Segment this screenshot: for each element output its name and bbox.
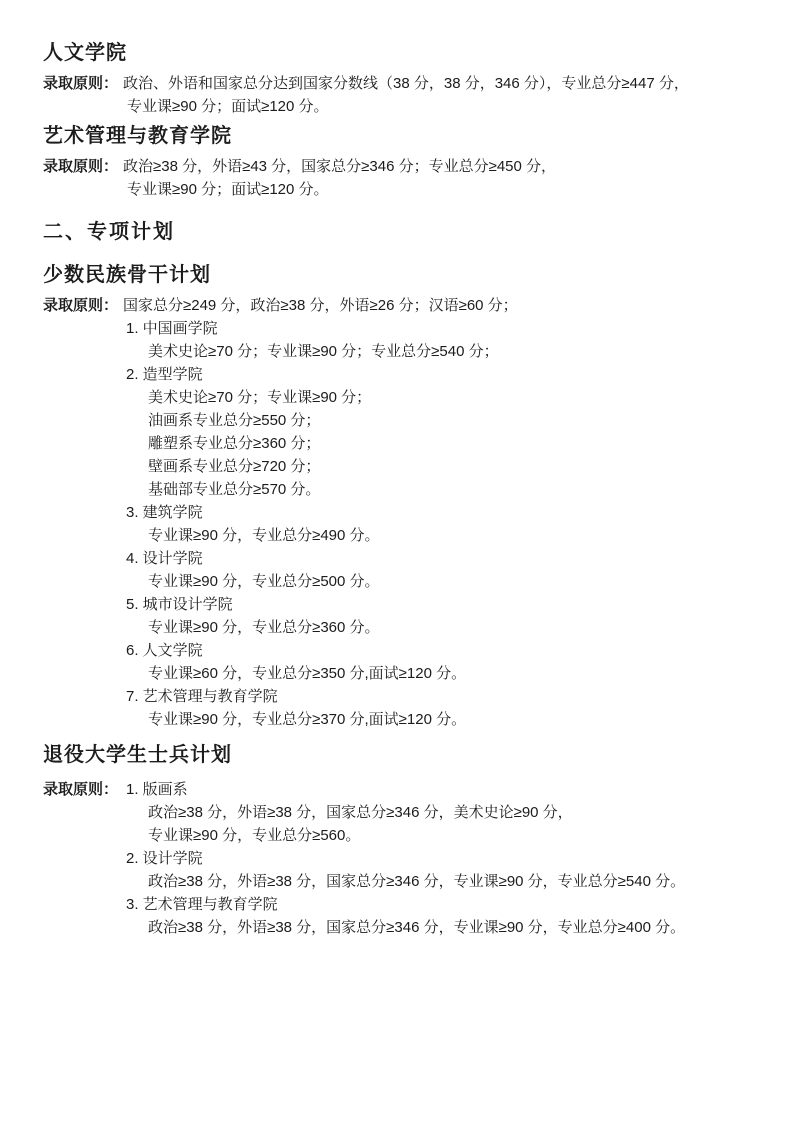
plan-item-detail: 美术史论≥70 分；专业课≥90 分； [123,386,755,409]
admission-rule-humanities: 录取原则： 政治、外语和国家总分达到国家分数线（38 分，38 分，346 分）… [43,72,755,118]
rule-body: 政治、外语和国家总分达到国家分数线（38 分，38 分，346 分），专业总分≥… [123,72,755,118]
plan-item-title: 2. 造型学院 [123,363,755,386]
plan-item-detail: 专业课≥90 分，专业总分≥500 分。 [123,570,755,593]
plan-item-detail: 专业课≥90 分，专业总分≥560。 [123,824,755,847]
plan-item-detail: 油画系专业总分≥550 分； [123,409,755,432]
rule-line: 政治≥38 分，外语≥43 分，国家总分≥346 分；专业总分≥450 分， [123,155,755,178]
rule-line: 专业课≥90 分；面试≥120 分。 [123,178,755,201]
plan-item-detail: 政治≥38 分，外语≥38 分，国家总分≥346 分，美术史论≥90 分， [123,801,755,824]
rule-line: 专业课≥90 分；面试≥120 分。 [123,95,755,118]
plan-item-detail: 雕塑系专业总分≥360 分； [123,432,755,455]
plan-item-detail: 政治≥38 分，外语≥38 分，国家总分≥346 分，专业课≥90 分，专业总分… [123,870,755,893]
rule-body: 政治≥38 分，外语≥43 分，国家总分≥346 分；专业总分≥450 分， 专… [123,155,755,201]
rule-label: 录取原则： [43,155,123,178]
plan-item-detail: 专业课≥60 分，专业总分≥350 分,面试≥120 分。 [123,662,755,685]
section-title-special-plans: 二、专项计划 [43,219,755,245]
document-page: 人文学院 录取原则： 政治、外语和国家总分达到国家分数线（38 分，38 分，3… [0,0,793,1122]
plan-item-detail: 专业课≥90 分，专业总分≥490 分。 [123,524,755,547]
plan-heading-minority: 少数民族骨干计划 [43,262,755,288]
plan-heading-veteran: 退役大学生士兵计划 [43,742,755,768]
plan-item-title: 6. 人文学院 [123,639,755,662]
plan-item-detail: 政治≥38 分，外语≥38 分，国家总分≥346 分，专业课≥90 分，专业总分… [123,916,755,939]
plan-item-title: 2. 设计学院 [123,847,755,870]
rule-line: 政治、外语和国家总分达到国家分数线（38 分，38 分，346 分），专业总分≥… [123,72,755,95]
plan-item-detail: 壁画系专业总分≥720 分； [123,455,755,478]
admission-rule-art-management: 录取原则： 政治≥38 分，外语≥43 分，国家总分≥346 分；专业总分≥45… [43,155,755,201]
plan-item-title: 3. 艺术管理与教育学院 [123,893,755,916]
plan-item-title: 7. 艺术管理与教育学院 [123,685,755,708]
rule-intro-line: 国家总分≥249 分，政治≥38 分，外语≥26 分；汉语≥60 分； [123,294,755,317]
plan-item-detail: 专业课≥90 分，专业总分≥360 分。 [123,616,755,639]
admission-rule-veteran: 录取原则： 1. 版画系 政治≥38 分，外语≥38 分，国家总分≥346 分，… [43,778,755,939]
college-heading-humanities: 人文学院 [43,40,755,66]
plan-item-title: 5. 城市设计学院 [123,593,755,616]
college-heading-art-management: 艺术管理与教育学院 [43,123,755,149]
rule-label: 录取原则： [43,778,123,801]
plan-item-detail: 专业课≥90 分，专业总分≥370 分,面试≥120 分。 [123,708,755,731]
plan-item-title: 4. 设计学院 [123,547,755,570]
rule-body: 1. 版画系 政治≥38 分，外语≥38 分，国家总分≥346 分，美术史论≥9… [123,778,755,939]
rule-body: 国家总分≥249 分，政治≥38 分，外语≥26 分；汉语≥60 分； 1. 中… [123,294,755,731]
admission-rule-minority: 录取原则： 国家总分≥249 分，政治≥38 分，外语≥26 分；汉语≥60 分… [43,294,755,731]
plan-item-detail: 美术史论≥70 分；专业课≥90 分；专业总分≥540 分； [123,340,755,363]
plan-item-title: 3. 建筑学院 [123,501,755,524]
plan-item-title: 1. 版画系 [123,778,755,801]
plan-item-title: 1. 中国画学院 [123,317,755,340]
rule-label: 录取原则： [43,294,123,317]
plan-item-detail: 基础部专业总分≥570 分。 [123,478,755,501]
rule-label: 录取原则： [43,72,123,95]
